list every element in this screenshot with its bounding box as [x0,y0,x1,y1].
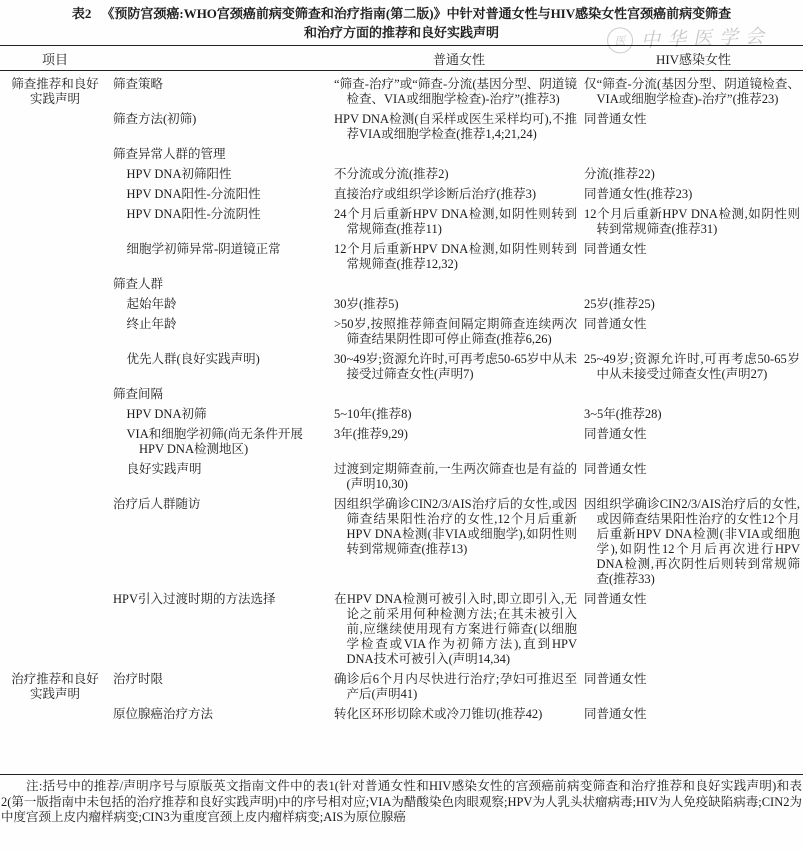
hiv-women-cell: 同普通女性 [584,112,803,142]
item-cell: 筛查方法(初筛) [110,112,334,142]
hiv-women-cell: 3~5年(推荐28) [584,407,803,422]
hiv-women-cell: 25~49岁;资源允许时,可再考虑50-65岁中从未接受过筛查女性(声明27) [584,352,803,382]
section-cell [0,187,110,202]
item-cell: 筛查策略 [110,77,334,107]
item-cell: HPV DNA初筛 [110,407,334,422]
general-women-cell: 不分流或分流(推荐2) [334,167,584,182]
table-title: 表2《预防宫颈癌:WHO宫颈癌前病变筛查和治疗指南(第二版)》中针对普通女性与H… [0,0,803,42]
hiv-women-cell: 同普通女性 [584,242,803,272]
item-cell: 起始年龄 [110,297,334,312]
general-women-cell: 过渡到定期筛查前,一生两次筛查也是有益的(声明10,30) [334,462,584,492]
hiv-women-cell: 25岁(推荐25) [584,297,803,312]
table-row: 筛查方法(初筛) HPV DNA检测(自采样或医生采样均可),不推荐VIA或细胞… [0,112,803,142]
section-cell [0,427,110,457]
section-cell [0,497,110,587]
table-body: 筛查推荐和良好实践声明 筛查策略 “筛查-治疗”或“筛查-分流(基因分型、阴道镜… [0,71,803,775]
section-cell [0,592,110,667]
table-row: 细胞学初筛异常-阴道镜正常 12个月后重新HPV DNA检测,如阴性则转到常规筛… [0,242,803,272]
item-cell: 终止年龄 [110,317,334,347]
hiv-women-cell [584,277,803,292]
general-women-cell [334,387,584,402]
section-cell [0,462,110,492]
general-women-cell: 直接治疗或组织学诊断后治疗(推荐3) [334,187,584,202]
section-cell [0,277,110,292]
table-row: HPV DNA初筛 5~10年(推荐8) 3~5年(推荐28) [0,407,803,422]
item-cell: HPV DNA阳性-分流阳性 [110,187,334,202]
section-cell [0,112,110,142]
hiv-women-cell: 12个月后重新HPV DNA检测,如阴性则转到常规筛查(推荐31) [584,207,803,237]
section-cell [0,297,110,312]
section-cell [0,147,110,162]
table-row: 起始年龄 30岁(推荐5) 25岁(推荐25) [0,297,803,312]
section-cell [0,387,110,402]
item-cell: 治疗后人群随访 [110,497,334,587]
header-item: 项目 [0,49,110,68]
general-women-cell: “筛查-治疗”或“筛查-分流(基因分型、阴道镜检查、VIA或细胞学检查)-治疗”… [334,77,584,107]
title-text-line1: 《预防宫颈癌:WHO宫颈癌前病变筛查和治疗指南(第二版)》中针对普通女性与HIV… [101,6,731,21]
table-row: 筛查推荐和良好实践声明 筛查策略 “筛查-治疗”或“筛查-分流(基因分型、阴道镜… [0,77,803,107]
table-row: 原位腺癌治疗方法 转化区环形切除术或冷刀锥切(推荐42) 同普通女性 [0,707,803,722]
item-cell: 筛查人群 [110,277,334,292]
general-women-cell: >50岁,按照推荐筛查间隔定期筛查连续两次筛查结果阴性即可停止筛查(推荐6,26… [334,317,584,347]
section-cell [0,407,110,422]
item-cell: HPV DNA初筛阳性 [110,167,334,182]
section-cell [0,352,110,382]
table-footnote: 注:括号中的推荐/声明序号与原版英文指南文件中的表1(针对普通女性和HIV感染女… [0,779,803,826]
table-row: 筛查人群 [0,277,803,292]
table-row: 治疗后人群随访 因组织学确诊CIN2/3/AIS治疗后的女性,或因筛查结果阳性治… [0,497,803,587]
item-cell: HPV DNA阳性-分流阴性 [110,207,334,237]
general-women-cell: 转化区环形切除术或冷刀锥切(推荐42) [334,707,584,722]
item-cell: 优先人群(良好实践声明) [110,352,334,382]
general-women-cell: 因组织学确诊CIN2/3/AIS治疗后的女性,或因筛查结果阳性治疗的女性,12个… [334,497,584,587]
general-women-cell: 12个月后重新HPV DNA检测,如阴性则转到常规筛查(推荐12,32) [334,242,584,272]
general-women-cell: 在HPV DNA检测可被引入时,即立即引入,无论之前采用何种检测方法;在其未被引… [334,592,584,667]
section-cell [0,167,110,182]
header-general-women: 普通女性 [334,49,584,68]
section-cell [0,707,110,722]
item-cell: 细胞学初筛异常-阴道镜正常 [110,242,334,272]
item-cell: HPV引入过渡时期的方法选择 [110,592,334,667]
item-cell: 原位腺癌治疗方法 [110,707,334,722]
table-row: 良好实践声明 过渡到定期筛查前,一生两次筛查也是有益的(声明10,30) 同普通… [0,462,803,492]
table-row: 治疗推荐和良好实践声明 治疗时限 确诊后6个月内尽快进行治疗;孕妇可推迟至产后(… [0,672,803,702]
hiv-women-cell [584,147,803,162]
hiv-women-cell: 同普通女性 [584,707,803,722]
hiv-women-cell: 仅“筛查-分流(基因分型、阴道镜检查、VIA或细胞学检查)-治疗”(推荐23) [584,77,803,107]
hiv-women-cell: 同普通女性 [584,462,803,492]
section-cell: 治疗推荐和良好实践声明 [0,672,110,702]
table-row: 优先人群(良好实践声明) 30~49岁;资源允许时,可再考虑50-65岁中从未接… [0,352,803,382]
table-row: VIA和细胞学初筛(尚无条件开展HPV DNA检测地区) 3年(推荐9,29) … [0,427,803,457]
section-cell [0,207,110,237]
hiv-women-cell: 因组织学确诊CIN2/3/AIS治疗后的女性,或因筛查结果阳性治疗的女性12个月… [584,497,803,587]
hiv-women-cell: 同普通女性 [584,672,803,702]
table-header-row: 项目 普通女性 HIV感染女性 [0,45,803,71]
recommendations-table: 项目 普通女性 HIV感染女性 筛查推荐和良好实践声明 筛查策略 “筛查-治疗”… [0,45,803,775]
item-cell: 良好实践声明 [110,462,334,492]
section-cell [0,242,110,272]
general-women-cell: 确诊后6个月内尽快进行治疗;孕妇可推迟至产后(声明41) [334,672,584,702]
hiv-women-cell: 同普通女性 [584,427,803,457]
table-row: 筛查异常人群的管理 [0,147,803,162]
general-women-cell: 24个月后重新HPV DNA检测,如阴性则转到常规筛查(推荐11) [334,207,584,237]
general-women-cell: HPV DNA检测(自采样或医生采样均可),不推荐VIA或细胞学检查(推荐1,4… [334,112,584,142]
general-women-cell [334,277,584,292]
general-women-cell: 30岁(推荐5) [334,297,584,312]
hiv-women-cell [584,387,803,402]
section-cell: 筛查推荐和良好实践声明 [0,77,110,107]
general-women-cell: 30~49岁;资源允许时,可再考虑50-65岁中从未接受过筛查女性(声明7) [334,352,584,382]
section-cell [0,317,110,347]
table-row: HPV引入过渡时期的方法选择 在HPV DNA检测可被引入时,即立即引入,无论之… [0,592,803,667]
table-row: HPV DNA阳性-分流阳性 直接治疗或组织学诊断后治疗(推荐3) 同普通女性(… [0,187,803,202]
general-women-cell: 3年(推荐9,29) [334,427,584,457]
table-number: 表2 [72,6,92,21]
table-title-line2: 和治疗方面的推荐和良好实践声明 [0,23,803,42]
header-hiv-women: HIV感染女性 [584,49,803,68]
hiv-women-cell: 分流(推荐22) [584,167,803,182]
hiv-women-cell: 同普通女性(推荐23) [584,187,803,202]
table-title-line1: 表2《预防宫颈癌:WHO宫颈癌前病变筛查和治疗指南(第二版)》中针对普通女性与H… [0,4,803,23]
table-row: 终止年龄 >50岁,按照推荐筛查间隔定期筛查连续两次筛查结果阴性即可停止筛查(推… [0,317,803,347]
item-cell: VIA和细胞学初筛(尚无条件开展HPV DNA检测地区) [110,427,334,457]
hiv-women-cell: 同普通女性 [584,317,803,347]
table-row: HPV DNA初筛阳性 不分流或分流(推荐2) 分流(推荐22) [0,167,803,182]
paper-table-page: 医 中华医学会 表2《预防宫颈癌:WHO宫颈癌前病变筛查和治疗指南(第二版)》中… [0,0,803,850]
general-women-cell [334,147,584,162]
table-row: HPV DNA阳性-分流阴性 24个月后重新HPV DNA检测,如阴性则转到常规… [0,207,803,237]
item-cell: 筛查间隔 [110,387,334,402]
item-cell: 筛查异常人群的管理 [110,147,334,162]
item-cell: 治疗时限 [110,672,334,702]
hiv-women-cell: 同普通女性 [584,592,803,667]
general-women-cell: 5~10年(推荐8) [334,407,584,422]
table-row: 筛查间隔 [0,387,803,402]
